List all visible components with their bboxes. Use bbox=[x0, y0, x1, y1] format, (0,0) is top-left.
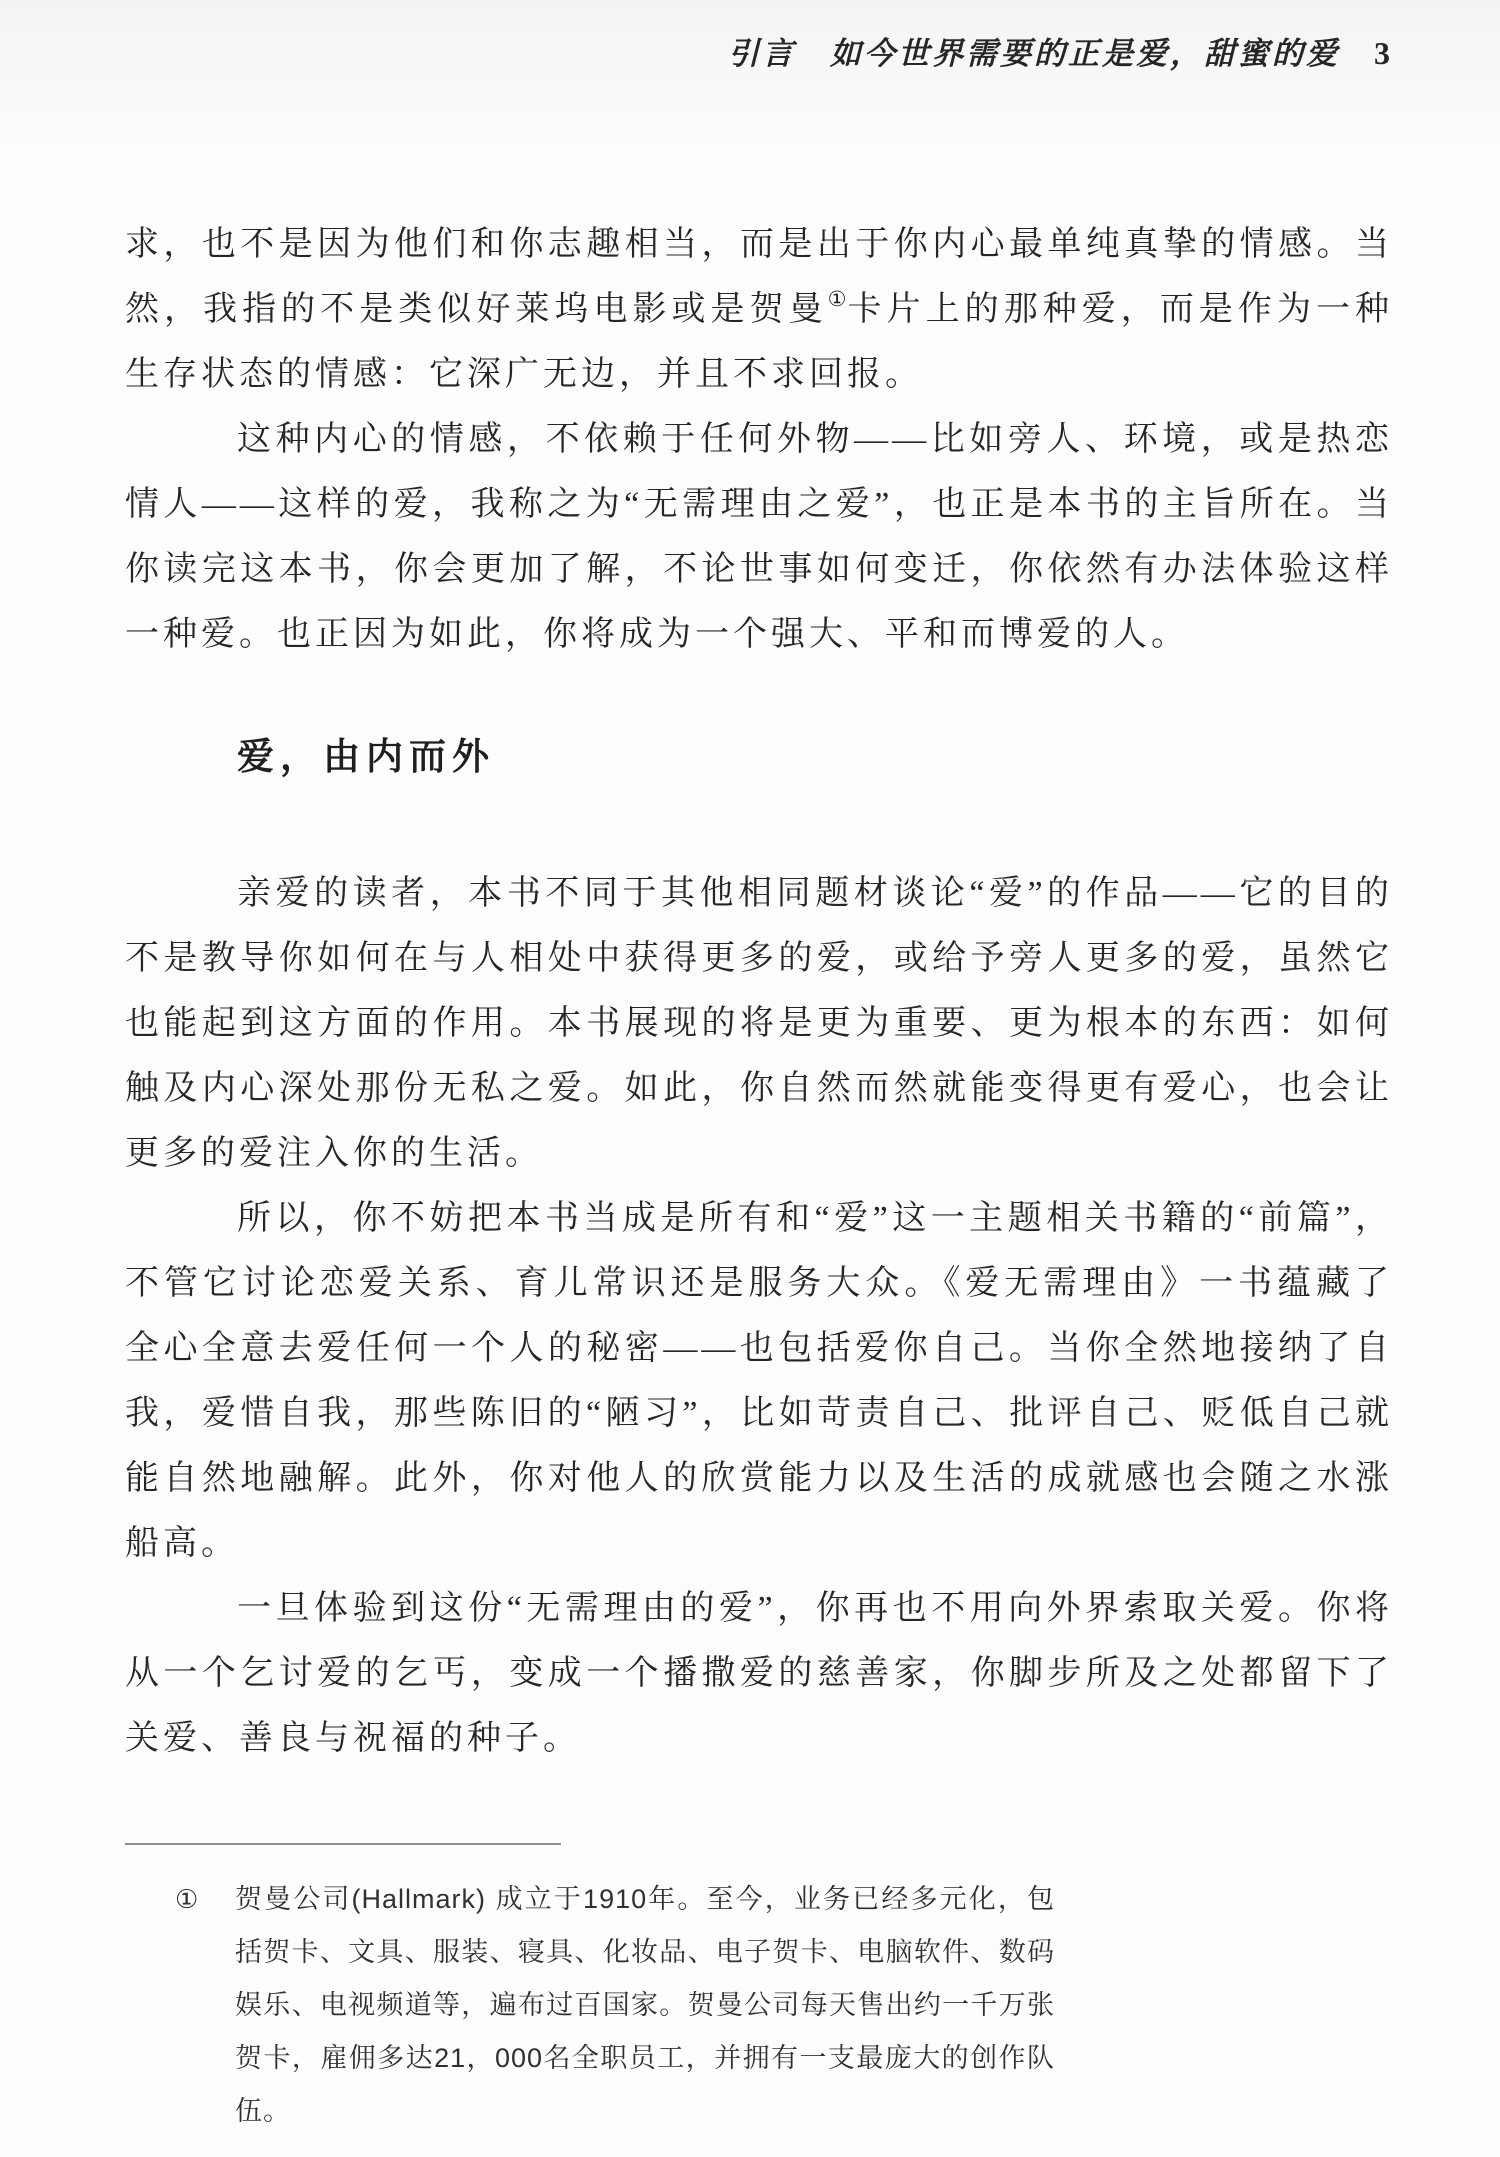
section-heading: 爱，由内而外 bbox=[237, 735, 1393, 779]
footnote-text: 贺曼公司(Hallmark) 成立于1910年。至今，业务已经多元化，包括贺卡、… bbox=[235, 1873, 1055, 2138]
paragraph-3: 亲爱的读者，本书不同于其他相同题材谈论“爱”的作品——它的目的不是教导你如何在与… bbox=[125, 861, 1393, 1186]
paragraph-1: 求，也不是因为他们和你志趣相当，而是出于你内心最单纯真挚的情感。当然，我指的不是… bbox=[125, 212, 1393, 407]
paragraph-5: 一旦体验到这份“无需理由的爱”，你再也不用向外界索取关爱。你将从一个乞讨爱的乞丐… bbox=[125, 1576, 1393, 1771]
body-text: 求，也不是因为他们和你志趣相当，而是出于你内心最单纯真挚的情感。当然，我指的不是… bbox=[125, 212, 1393, 1771]
footnote-marker: ① bbox=[175, 1873, 235, 2138]
page-number: 3 bbox=[1374, 35, 1390, 72]
footnote-reference-1: ① bbox=[828, 287, 848, 311]
book-page: 引言 如今世界需要的正是爱，甜蜜的爱 3 求，也不是因为他们和你志趣相当，而是出… bbox=[0, 0, 1500, 2157]
footnote-area: ① 贺曼公司(Hallmark) 成立于1910年。至今，业务已经多元化，包括贺… bbox=[125, 1843, 1393, 2138]
paragraph-4: 所以，你不妨把本书当成是所有和“爱”这一主题相关书籍的“前篇”，不管它讨论恋爱关… bbox=[125, 1186, 1393, 1576]
paragraph-2: 这种内心的情感，不依赖于任何外物——比如旁人、环境，或是热恋情人——这样的爱，我… bbox=[125, 407, 1393, 667]
footnote-divider bbox=[125, 1843, 561, 1845]
running-header-title: 引言 如今世界需要的正是爱，甜蜜的爱 bbox=[728, 28, 1340, 73]
footnote: ① 贺曼公司(Hallmark) 成立于1910年。至今，业务已经多元化，包括贺… bbox=[175, 1873, 1055, 2138]
running-header: 引言 如今世界需要的正是爱，甜蜜的爱 3 bbox=[728, 28, 1390, 73]
